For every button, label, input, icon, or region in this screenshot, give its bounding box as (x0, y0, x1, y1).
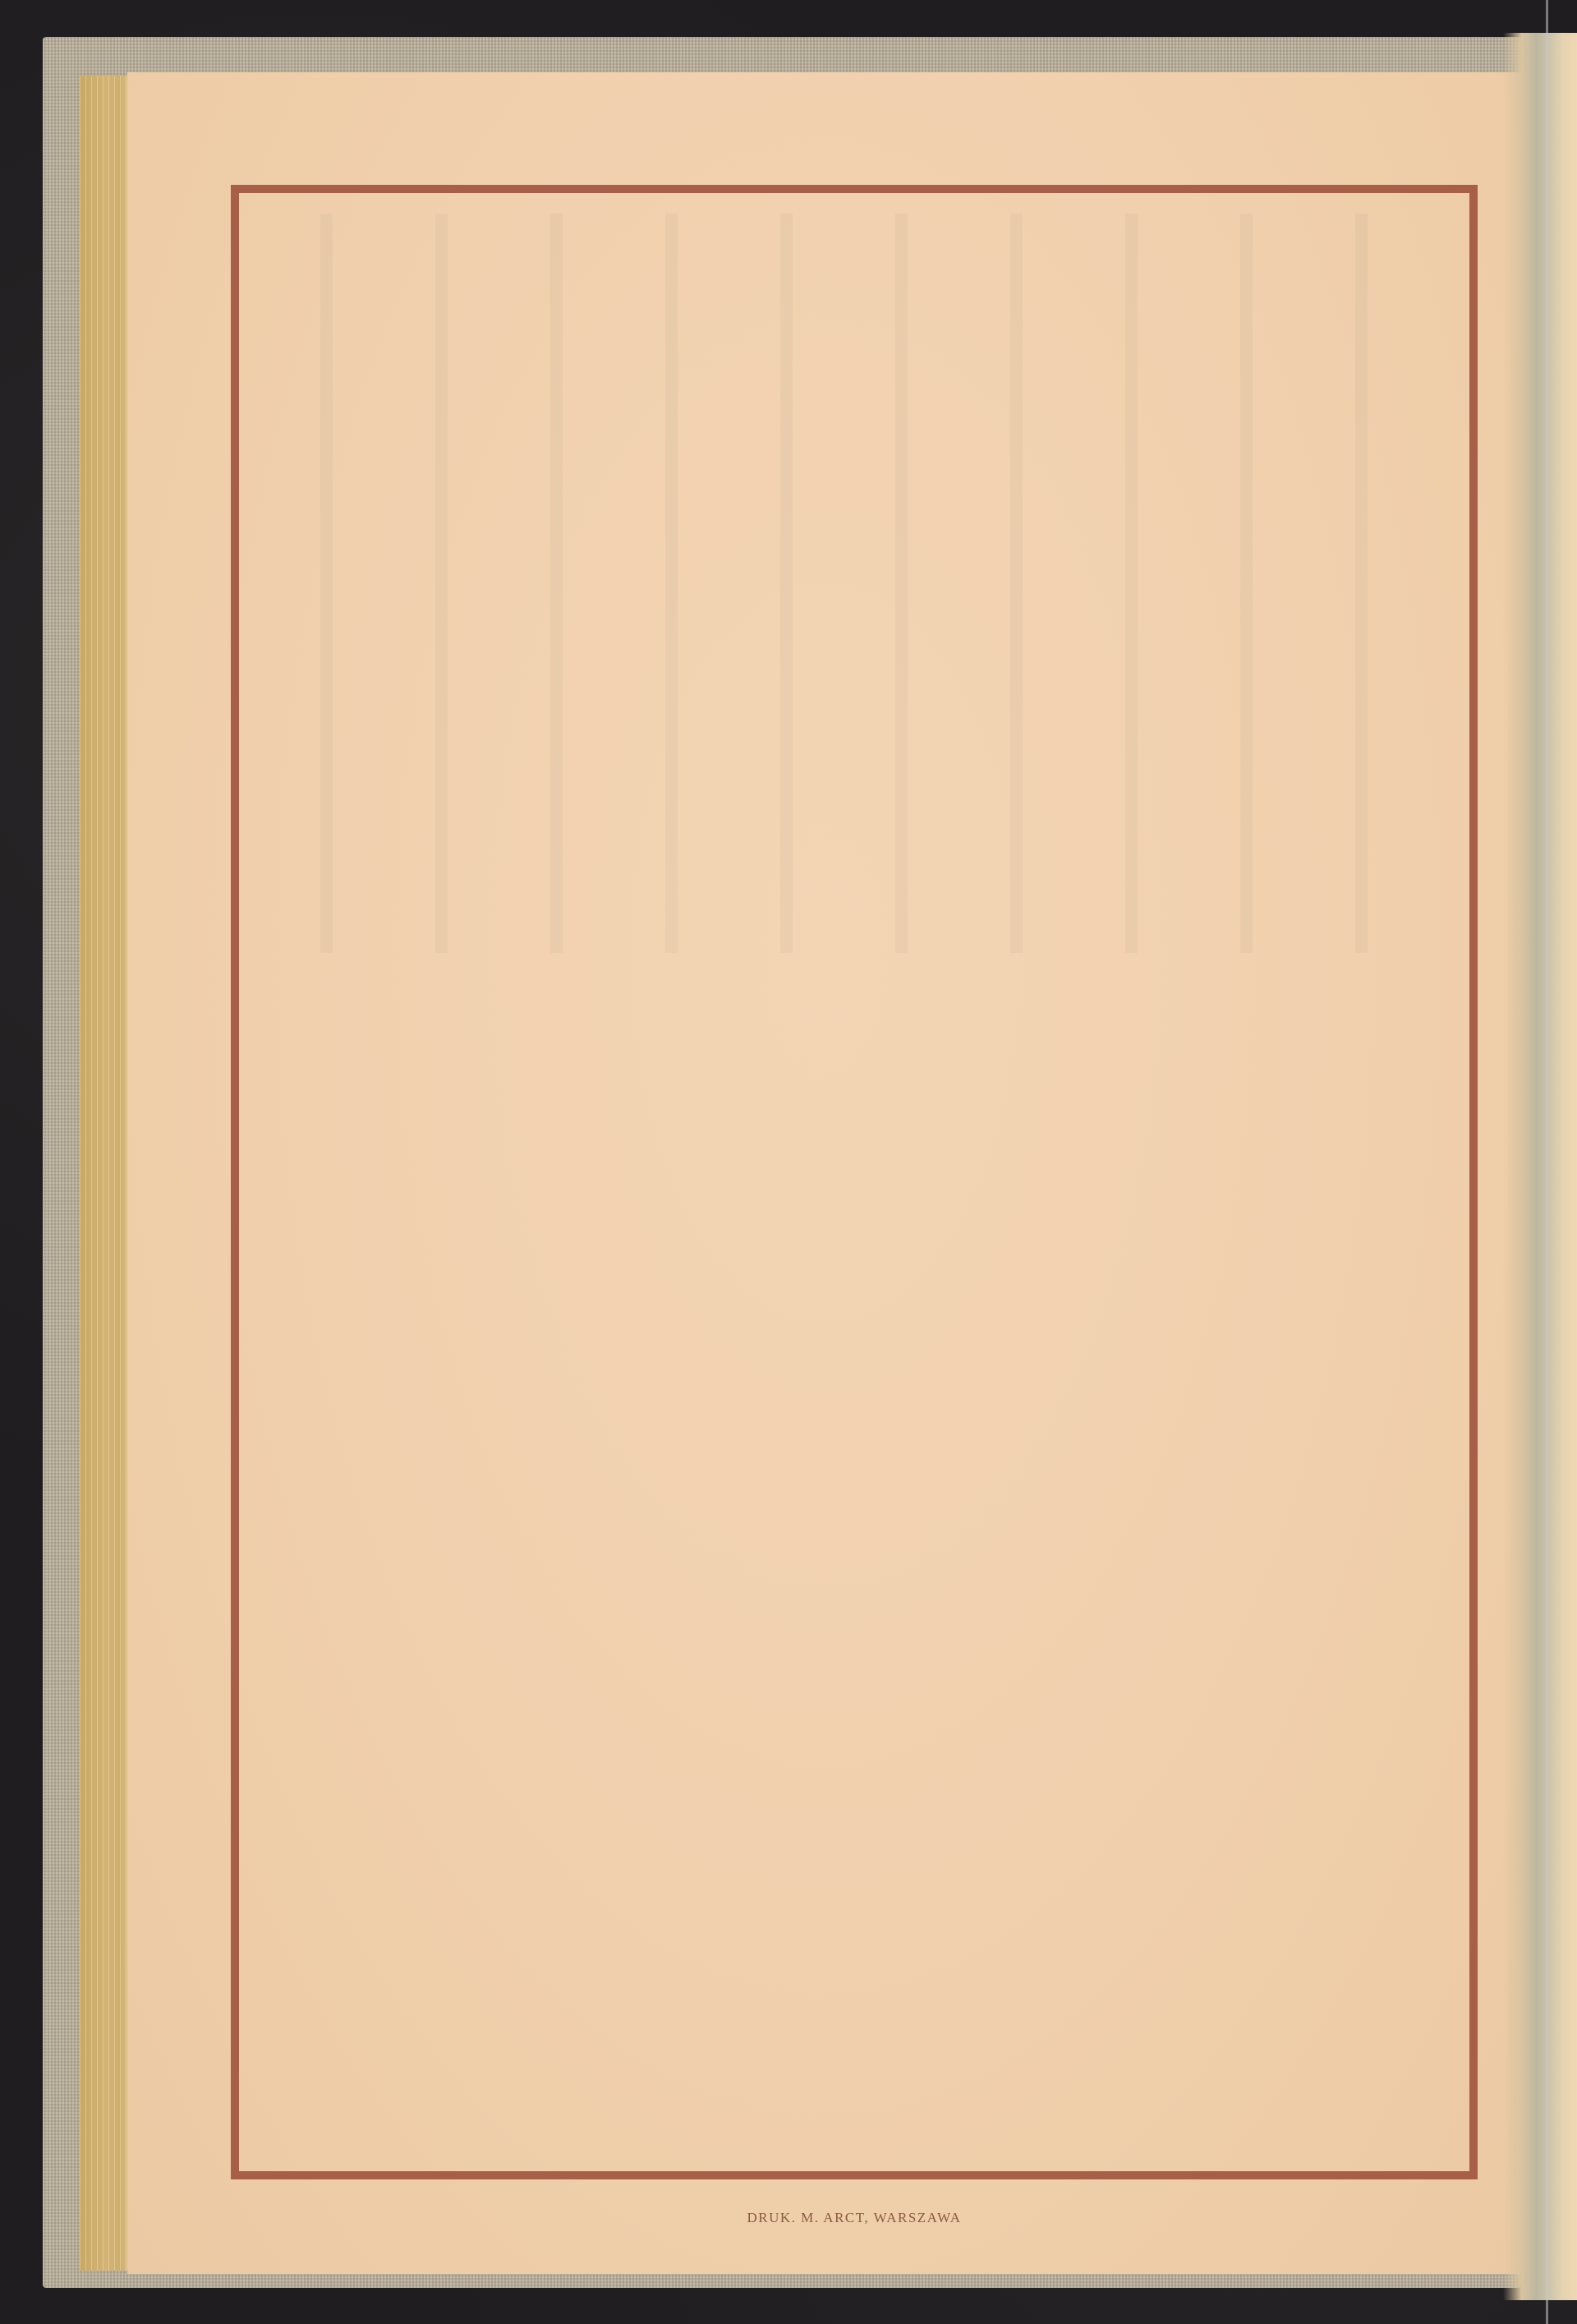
gutter-line (1546, 0, 1548, 2324)
printer-imprint: DRUK. M. ARCT, WARSZAWA (0, 2210, 1577, 2226)
gutter-shadow (1503, 33, 1577, 2300)
page-edge-stack (80, 76, 129, 2271)
printed-red-frame (231, 185, 1478, 2179)
